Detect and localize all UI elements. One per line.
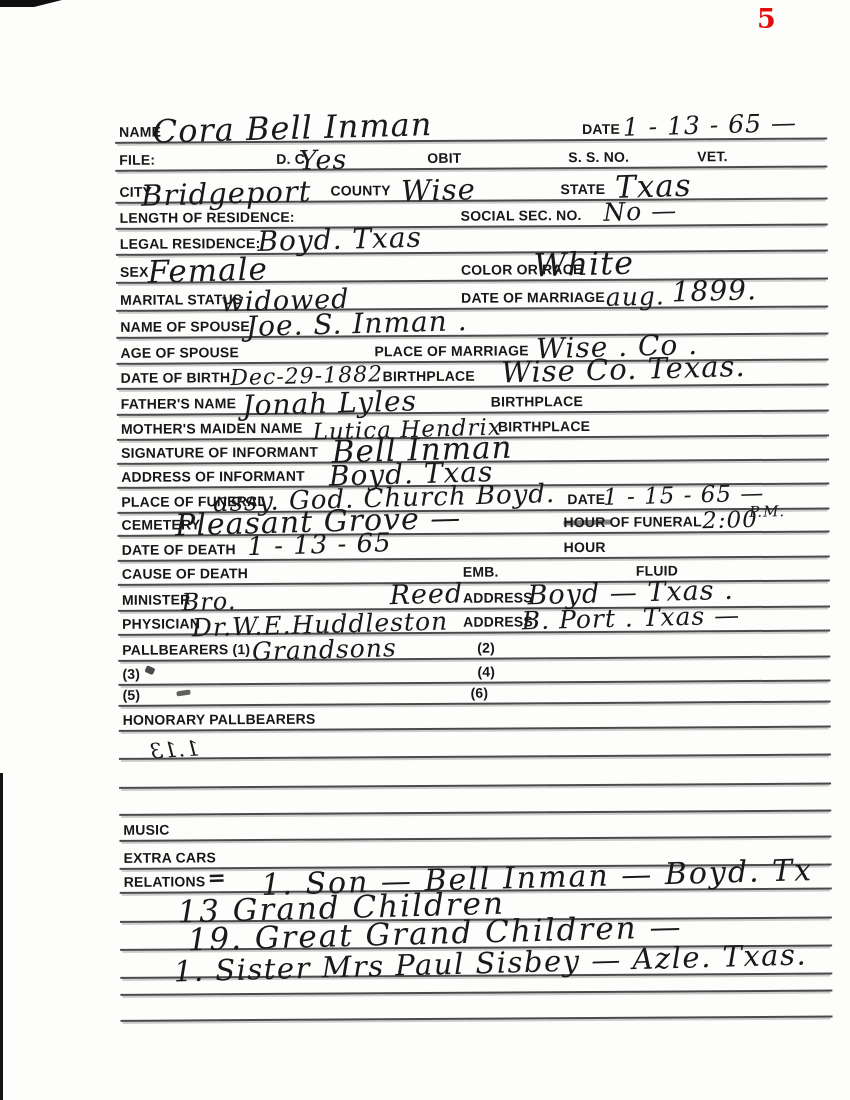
physician-label: PHYSICIAN [122,615,200,631]
relations-label: RELATIONS [124,873,206,889]
date-marriage-year: 1899. [671,273,757,308]
row-music: MUSIC [119,810,831,842]
dc-value: Yes [299,144,348,176]
spouse-name-label: NAME OF SPOUSE [120,318,250,335]
state-label: STATE [560,181,605,197]
father-birthplace-label: BIRTHPLACE [491,393,583,410]
extra-cars-label: EXTRA CARS [123,849,216,866]
social-sec-no-value: No — [603,196,678,227]
honorary-pallbearers-label: HONORARY PALLBEARERS [123,711,316,728]
pallbearers-5-label: (5) [122,687,140,703]
mother-maiden-name-label: MOTHER'S MAIDEN NAME [121,420,303,437]
row-file: FILE: D. C. Yes OBIT S. S. NO. VET. [115,140,827,172]
color-race-value: White [533,244,635,285]
emb-label: EMB. [463,564,499,580]
date-death-label: DATE OF DEATH [122,541,236,558]
scanned-funeral-record-page: 5 NAME Cora Bell Inman DATE 1 - 13 - 65 … [0,0,850,1100]
informant-signature-label: SIGNATURE OF INFORMANT [121,444,318,461]
vet-label: VET. [697,148,727,164]
stray-ink-mark [144,665,155,675]
music-label: MUSIC [123,822,169,838]
funeral-record-form: NAME Cora Bell Inman DATE 1 - 13 - 65 — … [0,0,850,1100]
relations-marker: = [207,865,227,892]
date-value: 1 - 13 - 65 — [622,108,797,142]
row-name-date: NAME Cora Bell Inman DATE 1 - 13 - 65 — [115,112,827,144]
hour-funeral-meridiem: P.M. [749,502,785,521]
ss-no-label: S. S. NO. [568,149,629,165]
legal-residence-value: Boyd. Txas [257,221,422,258]
row-blank-with-bleed-mark: 1.13 [119,728,831,760]
county-label: COUNTY [330,182,390,198]
obit-label: OBIT [427,150,461,166]
social-sec-no-label: SOCIAL SEC. NO. [461,207,582,224]
birthplace-label: BIRTHPLACE [383,368,475,385]
informant-address-label: ADDRESS OF INFORMANT [121,468,305,485]
date-label: DATE [582,121,620,137]
spouse-age-label: AGE OF SPOUSE [120,344,239,361]
minister-address-label: ADDRESS [463,589,533,605]
funeral-date-label: DATE [567,491,605,507]
pallbearers-6-label: (6) [470,685,488,701]
row-blank [120,990,832,1022]
father-name-label: FATHER'S NAME [121,395,236,412]
hour-label: HOUR [564,539,606,555]
minister-label: MINISTER [122,591,191,607]
date-marriage-label: DATE OF MARRIAGE [461,289,605,306]
date-birth-label: DATE OF BIRTH [121,369,231,386]
pallbearers-2-label: (2) [477,640,495,656]
row-legal-residence: LEGAL RESIDENCE: Boyd. Txas [116,224,828,256]
sex-label: SEX [120,264,149,280]
legal-residence-label: LEGAL RESIDENCE: [120,235,261,252]
cause-death-label: CAUSE OF DEATH [122,565,248,582]
file-label: FILE: [119,152,155,168]
length-residence-label: LENGTH OF RESIDENCE: [120,209,295,226]
row-honorary-pallbearers: HONORARY PALLBEARERS [119,700,831,732]
pallbearers-1-label: PALLBEARERS (1) [122,641,250,658]
